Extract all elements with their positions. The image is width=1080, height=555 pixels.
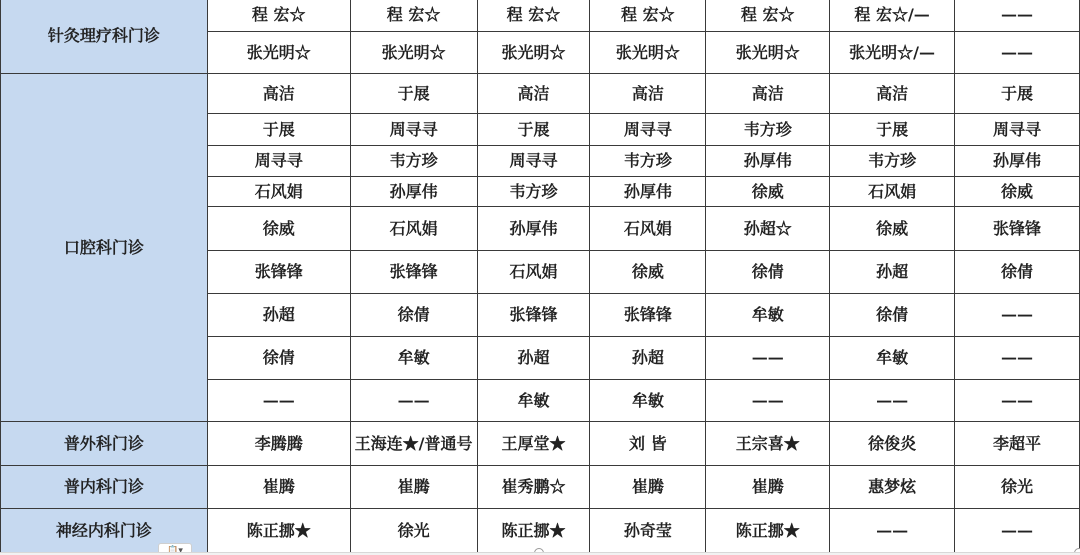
doctor-cell[interactable]: 陈正挪★: [207, 509, 350, 553]
doctor-cell[interactable]: 牟敏: [706, 294, 830, 337]
doctor-cell[interactable]: 崔腾: [207, 466, 350, 509]
doctor-cell[interactable]: 张光明☆: [706, 32, 830, 74]
doctor-cell[interactable]: ——: [706, 380, 830, 422]
doctor-cell[interactable]: 韦方珍: [350, 146, 477, 177]
doctor-cell[interactable]: 惠梦炫: [830, 466, 955, 509]
doctor-cell[interactable]: 张光明☆: [207, 32, 350, 74]
table-row: 普外科门诊李腾腾王海连★/普通号王厚堂★刘 皆王宗喜★徐俊炎李超平: [1, 422, 1080, 466]
doctor-cell[interactable]: 孙超: [207, 294, 350, 337]
doctor-cell[interactable]: ——: [955, 380, 1080, 422]
doctor-cell[interactable]: 崔秀鹏☆: [477, 466, 590, 509]
doctor-cell[interactable]: 石风娟: [830, 177, 955, 207]
table-row: 普内科门诊崔腾崔腾崔秀鹏☆崔腾崔腾惠梦炫徐光: [1, 466, 1080, 509]
doctor-cell[interactable]: 王厚堂★: [477, 422, 590, 466]
doctor-cell[interactable]: 孙厚伟: [955, 146, 1080, 177]
doctor-cell[interactable]: 周寻寻: [350, 114, 477, 146]
doctor-cell[interactable]: 韦方珍: [706, 114, 830, 146]
doctor-cell[interactable]: 张光明☆: [477, 32, 590, 74]
doctor-cell[interactable]: 韦方珍: [477, 177, 590, 207]
department-cell[interactable]: 口腔科门诊: [1, 74, 208, 422]
doctor-cell[interactable]: 石风娟: [477, 251, 590, 294]
table-row: 口腔科门诊高洁于展高洁高洁高洁高洁于展: [1, 74, 1080, 114]
doctor-cell[interactable]: 牟敏: [350, 337, 477, 380]
doctor-cell[interactable]: ——: [706, 337, 830, 380]
doctor-cell[interactable]: 李超平: [955, 422, 1080, 466]
doctor-cell[interactable]: 徐威: [706, 177, 830, 207]
doctor-cell[interactable]: ——: [207, 380, 350, 422]
department-cell[interactable]: 针灸理疗科门诊: [1, 0, 208, 74]
doctor-cell[interactable]: 于展: [477, 114, 590, 146]
doctor-cell[interactable]: 程 宏☆: [706, 0, 830, 32]
doctor-cell[interactable]: 张锋锋: [207, 251, 350, 294]
doctor-cell[interactable]: ——: [830, 380, 955, 422]
doctor-cell[interactable]: ——: [955, 337, 1080, 380]
doctor-cell[interactable]: 李腾腾: [207, 422, 350, 466]
doctor-cell[interactable]: 周寻寻: [590, 114, 706, 146]
doctor-cell[interactable]: 崔腾: [706, 466, 830, 509]
doctor-cell[interactable]: 孙厚伟: [350, 177, 477, 207]
doctor-cell[interactable]: 程 宏☆: [477, 0, 590, 32]
doctor-cell[interactable]: 崔腾: [350, 466, 477, 509]
schedule-sheet: 针灸理疗科门诊程 宏☆程 宏☆程 宏☆程 宏☆程 宏☆程 宏☆/———张光明☆张…: [0, 0, 1080, 555]
doctor-cell[interactable]: 牟敏: [477, 380, 590, 422]
doctor-cell[interactable]: 陈正挪★: [706, 509, 830, 553]
doctor-cell[interactable]: 石风娟: [207, 177, 350, 207]
doctor-cell[interactable]: 王宗喜★: [706, 422, 830, 466]
doctor-cell[interactable]: 徐倩: [350, 294, 477, 337]
doctor-cell[interactable]: 于展: [207, 114, 350, 146]
doctor-cell[interactable]: ——: [955, 32, 1080, 74]
doctor-cell[interactable]: 徐俊炎: [830, 422, 955, 466]
table-row: 针灸理疗科门诊程 宏☆程 宏☆程 宏☆程 宏☆程 宏☆程 宏☆/———: [1, 0, 1080, 32]
doctor-cell[interactable]: 徐倩: [955, 251, 1080, 294]
doctor-cell[interactable]: 程 宏☆: [207, 0, 350, 32]
doctor-cell[interactable]: 牟敏: [830, 337, 955, 380]
doctor-cell[interactable]: 王海连★/普通号: [350, 422, 477, 466]
doctor-cell[interactable]: 徐倩: [207, 337, 350, 380]
doctor-cell[interactable]: 高洁: [590, 74, 706, 114]
doctor-cell[interactable]: 刘 皆: [590, 422, 706, 466]
doctor-cell[interactable]: 徐光: [955, 466, 1080, 509]
doctor-cell[interactable]: 高洁: [477, 74, 590, 114]
doctor-cell[interactable]: 石风娟: [350, 207, 477, 251]
doctor-cell[interactable]: 张锋锋: [590, 294, 706, 337]
department-cell[interactable]: 普外科门诊: [1, 422, 208, 466]
doctor-cell[interactable]: 高洁: [706, 74, 830, 114]
doctor-cell[interactable]: 孙超: [830, 251, 955, 294]
doctor-cell[interactable]: 程 宏☆: [350, 0, 477, 32]
doctor-cell[interactable]: 程 宏☆/—: [830, 0, 955, 32]
doctor-cell[interactable]: 于展: [955, 74, 1080, 114]
doctor-cell[interactable]: 周寻寻: [955, 114, 1080, 146]
doctor-cell[interactable]: 陈正挪★: [477, 509, 590, 553]
doctor-cell[interactable]: 孙奇莹: [590, 509, 706, 553]
doctor-cell[interactable]: 张光明☆: [590, 32, 706, 74]
doctor-cell[interactable]: 牟敏: [590, 380, 706, 422]
doctor-cell[interactable]: ——: [955, 294, 1080, 337]
doctor-cell[interactable]: 徐威: [955, 177, 1080, 207]
doctor-cell[interactable]: 张锋锋: [350, 251, 477, 294]
doctor-cell[interactable]: 徐威: [590, 251, 706, 294]
doctor-cell[interactable]: ——: [955, 509, 1080, 553]
doctor-cell[interactable]: 于展: [350, 74, 477, 114]
department-cell[interactable]: 普内科门诊: [1, 466, 208, 509]
doctor-cell[interactable]: 高洁: [207, 74, 350, 114]
doctor-cell[interactable]: 孙超☆: [706, 207, 830, 251]
doctor-cell[interactable]: 孙超: [590, 337, 706, 380]
schedule-table: 针灸理疗科门诊程 宏☆程 宏☆程 宏☆程 宏☆程 宏☆程 宏☆/———张光明☆张…: [0, 0, 1080, 553]
doctor-cell[interactable]: 徐倩: [706, 251, 830, 294]
doctor-cell[interactable]: 徐光: [350, 509, 477, 553]
doctor-cell[interactable]: ——: [350, 380, 477, 422]
doctor-cell[interactable]: 张锋锋: [477, 294, 590, 337]
doctor-cell[interactable]: ——: [955, 0, 1080, 32]
doctor-cell[interactable]: 周寻寻: [477, 146, 590, 177]
doctor-cell[interactable]: 张光明☆/—: [830, 32, 955, 74]
doctor-cell[interactable]: 高洁: [830, 74, 955, 114]
doctor-cell[interactable]: 张光明☆: [350, 32, 477, 74]
doctor-cell[interactable]: 崔腾: [590, 466, 706, 509]
doctor-cell[interactable]: 孙超: [477, 337, 590, 380]
doctor-cell[interactable]: 徐威: [207, 207, 350, 251]
doctor-cell[interactable]: 韦方珍: [830, 146, 955, 177]
doctor-cell[interactable]: 于展: [830, 114, 955, 146]
doctor-cell[interactable]: ——: [830, 509, 955, 553]
doctor-cell[interactable]: 程 宏☆: [590, 0, 706, 32]
doctor-cell[interactable]: 周寻寻: [207, 146, 350, 177]
doctor-cell[interactable]: 孙厚伟: [477, 207, 590, 251]
doctor-cell[interactable]: 孙厚伟: [590, 177, 706, 207]
doctor-cell[interactable]: 徐倩: [830, 294, 955, 337]
doctor-cell[interactable]: 孙厚伟: [706, 146, 830, 177]
doctor-cell[interactable]: 张锋锋: [955, 207, 1080, 251]
doctor-cell[interactable]: 徐威: [830, 207, 955, 251]
doctor-cell[interactable]: 石风娟: [590, 207, 706, 251]
doctor-cell[interactable]: 韦方珍: [590, 146, 706, 177]
